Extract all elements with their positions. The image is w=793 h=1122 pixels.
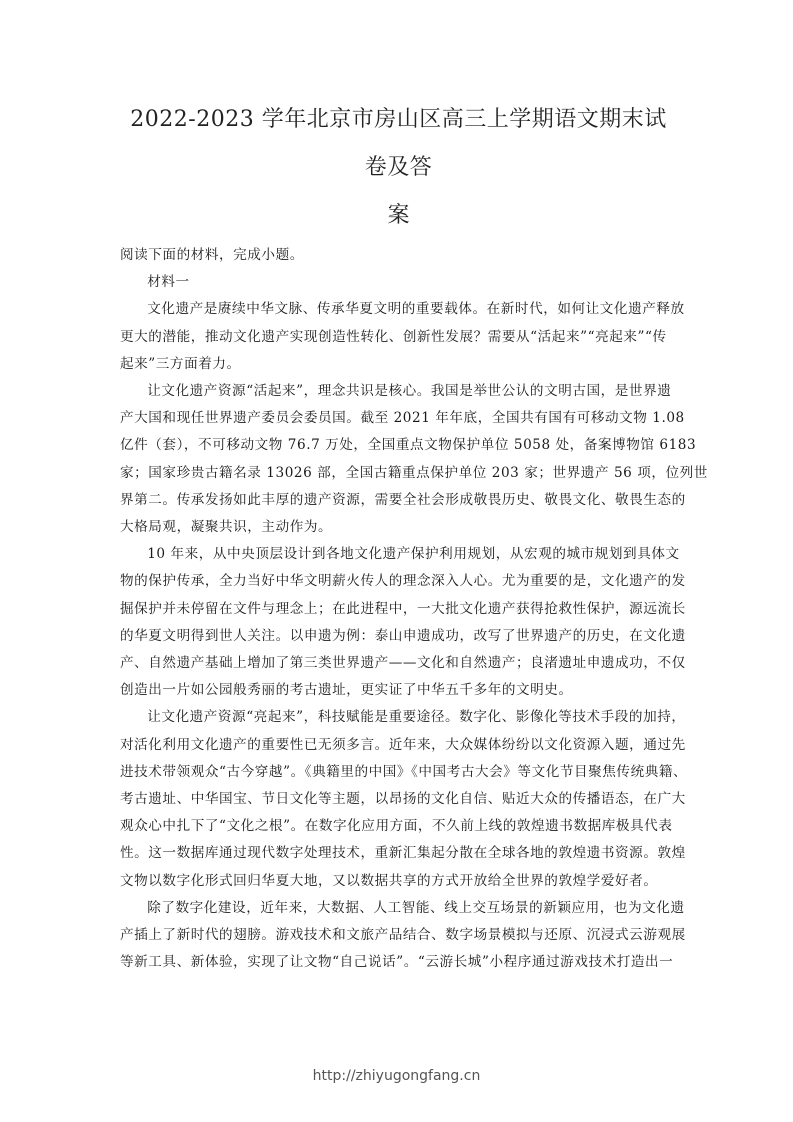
text-line: 更大的潜能，推动文化遗产实现创造性转化、创新性发展？需要从“活起来”“亮起来”“…: [93, 324, 677, 351]
document-title-continued: 案: [120, 192, 677, 240]
text-line: 文物以数字化形式回归华夏大地，又以数据共享的方式开放给全世界的敦煌学爱好者。: [93, 868, 677, 895]
text-line: 对活化利用文化遗产的重要性已无须多言。近年来，大众媒体纷纷以文化资源入题，通过先: [93, 732, 677, 759]
text-line: 产插上了新时代的翅膀。游戏技术和文旅产品结合、数字场景模拟与还原、沉浸式云游观展: [93, 922, 677, 949]
text-line: 性。这一数据库通过现代数字处理技术，重新汇集起分散在全球各地的敦煌遗书资源。敦煌: [93, 840, 677, 867]
text-line: 让文化遗产资源“亮起来”，科技赋能是重要途径。数字化、影像化等技术手段的加持，: [120, 704, 677, 731]
text-line: 亿件（套），不可移动文物 76.7 万处，全国重点文物保护单位 5058 处，备…: [93, 432, 677, 459]
text-line: 产、自然遗产基础上增加了第三类世界遗产——文化和自然遗产；良渚遗址申遗成功，不仅: [93, 650, 677, 677]
paragraph-3: 10 年来，从中央顶层设计到各地文化遗产保护利用规划，从宏观的城市规划到具体文 …: [120, 541, 677, 704]
text-line: 创造出一片如公园般秀丽的考古遗址，更实证了中华五千多年的文明史。: [93, 677, 677, 704]
document-title: 2022-2023 学年北京市房山区高三上学期语文期末试卷及答: [120, 96, 677, 192]
text-line: 的华夏文明得到世人关注。以申遗为例：泰山申遗成功，改写了世界遗产的历史，在文化遗: [93, 623, 677, 650]
footer-watermark-link[interactable]: http://zhiyugongfang.cn: [0, 1068, 793, 1084]
paragraph-2: 让文化遗产资源“活起来”，理念共识是核心。我国是举世公认的文明古国，是世界遗 产…: [120, 378, 677, 541]
text-line: 产大国和现任世界遗产委员会委员国。截至 2021 年年底，全国共有国有可移动文物…: [93, 405, 677, 432]
text-line: 让文化遗产资源“活起来”，理念共识是核心。我国是举世公认的文明古国，是世界遗: [120, 378, 677, 405]
text-line: 文化遗产是赓续中华文脉、传承华夏文明的重要载体。在新时代，如何让文化遗产释放: [120, 296, 677, 323]
paragraph-4: 让文化遗产资源“亮起来”，科技赋能是重要途径。数字化、影像化等技术手段的加持， …: [120, 704, 677, 894]
section-label: 材料一: [120, 269, 677, 296]
text-line: 除了数字化建设，近年来，大数据、人工智能、线上交互场景的新颖应用，也为文化遗: [120, 895, 677, 922]
text-line: 家；国家珍贵古籍名录 13026 部，全国古籍重点保护单位 203 家；世界遗产…: [93, 460, 677, 487]
paragraph-1: 文化遗产是赓续中华文脉、传承华夏文明的重要载体。在新时代，如何让文化遗产释放 更…: [120, 296, 677, 378]
text-line: 观众心中扎下了“文化之根”。在数字化应用方面，不久前上线的敦煌遗书数据库极具代表: [93, 813, 677, 840]
text-line: 掘保护并未停留在文件与理念上；在此进程中，一大批文化遗产获得抢救性保护，源远流长: [93, 596, 677, 623]
document-page: 2022-2023 学年北京市房山区高三上学期语文期末试卷及答 案 阅读下面的材…: [120, 96, 677, 976]
text-line: 物的保护传承，全力当好中华文明薪火传人的理念深入人心。尤为重要的是，文化遗产的发: [93, 568, 677, 595]
text-line: 界第二。传承发扬如此丰厚的遗产资源，需要全社会形成敬畏历史、敬畏文化、敬畏生态的: [93, 487, 677, 514]
text-line: 考古遗址、中华国宝、节日文化等主题，以昂扬的文化自信、贴近大众的传播语态，在广大: [93, 786, 677, 813]
text-line: 等新工具、新体验，实现了让文物“自己说话”。“云游长城”小程序通过游戏技术打造出…: [93, 949, 677, 976]
text-line: 大格局观，凝聚共识，主动作为。: [93, 514, 677, 541]
paragraph-5: 除了数字化建设，近年来，大数据、人工智能、线上交互场景的新颖应用，也为文化遗 产…: [120, 895, 677, 977]
text-line: 起来”三方面着力。: [93, 351, 677, 378]
instruction-text: 阅读下面的材料，完成小题。: [120, 242, 677, 269]
text-line: 进技术带领观众“古今穿越”。《典籍里的中国》《中国考古大会》等文化节目聚焦传统典…: [93, 759, 677, 786]
text-line: 10 年来，从中央顶层设计到各地文化遗产保护利用规划，从宏观的城市规划到具体文: [120, 541, 677, 568]
